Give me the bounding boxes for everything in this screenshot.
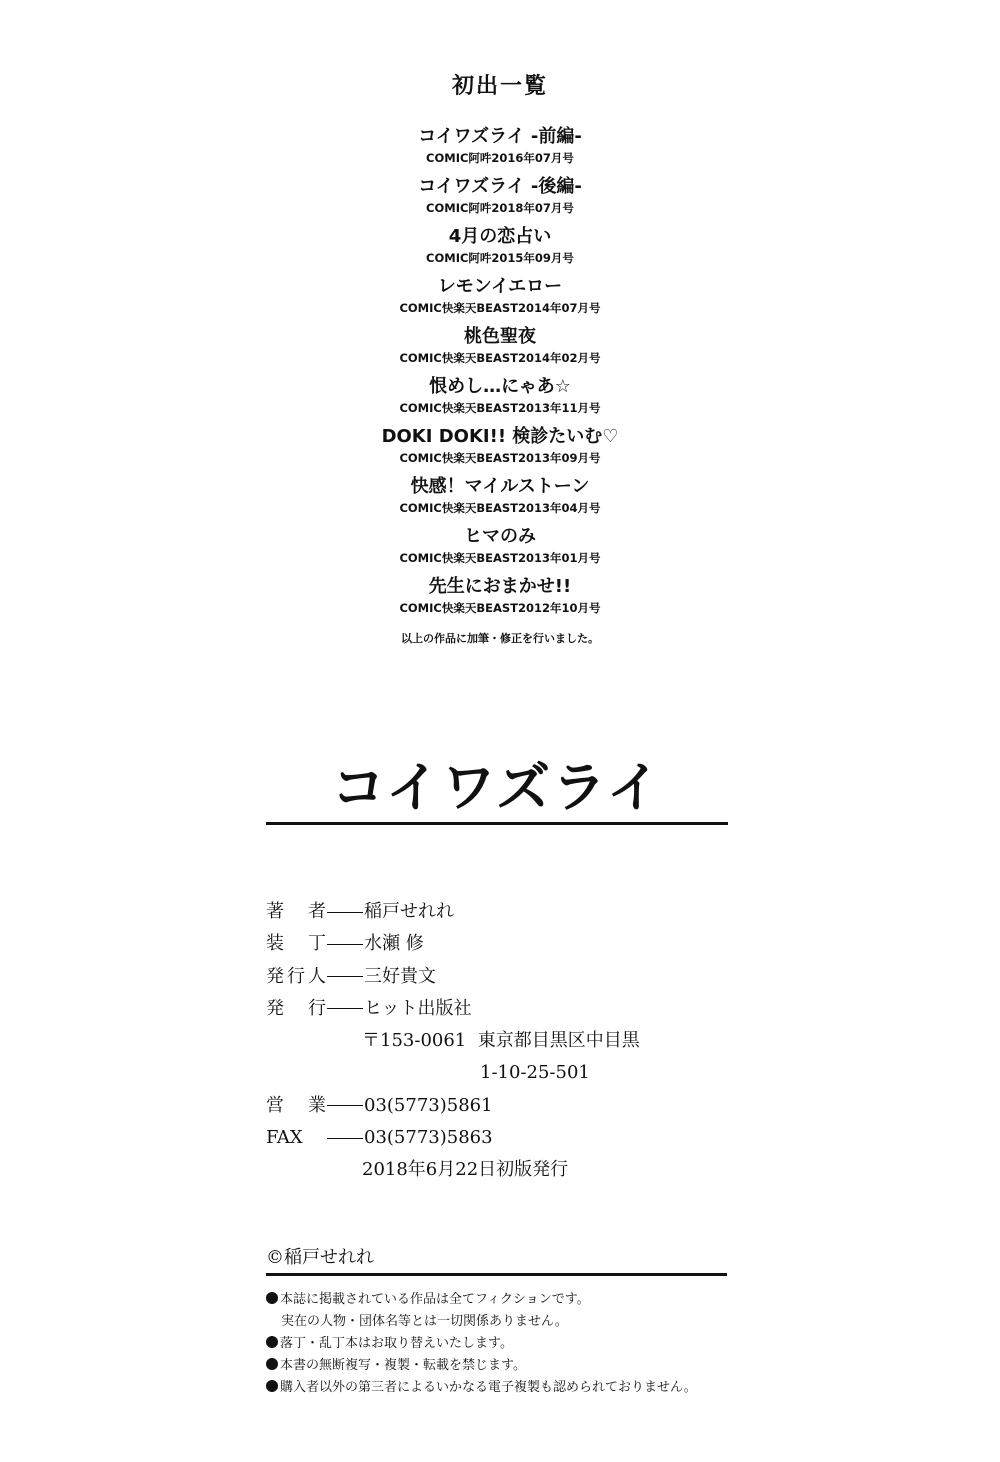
notice-text: 本誌に掲載されている作品は全てフィクションです。 (280, 1292, 590, 1307)
entry-source: COMIC快楽天BEAST2013年11月号 (0, 400, 1000, 416)
list-item: 桃色聖夜 COMIC快楽天BEAST2014年02月号 (0, 324, 1000, 374)
entry-source: COMIC阿吽2015年09月号 (0, 250, 1000, 266)
address-line-2: 1-10-25-501 (266, 1057, 736, 1089)
dash-separator (327, 944, 363, 945)
author-label: 著者 (266, 896, 326, 928)
entry-source: COMIC快楽天BEAST2013年01月号 (0, 550, 1000, 566)
first-appearance-heading: 初出一覧 (0, 70, 1000, 104)
title-divider (266, 822, 728, 825)
notice-item-continued: 実在の人物・団体名等とは一切関係ありません。 (266, 1311, 697, 1333)
entry-title: コイワズライ -前編- (0, 124, 1000, 150)
publisher-value: ヒット出版社 (364, 998, 471, 1019)
revision-note: 以上の作品に加筆・修正を行いました。 (0, 630, 1000, 646)
entry-title: 恨めし…にゃあ☆ (0, 374, 1000, 400)
issuer-value: 三好貴文 (364, 966, 436, 987)
colophon-page: 初出一覧 コイワズライ -前編- COMIC阿吽2016年07月号 コイワズライ… (0, 0, 1000, 1462)
list-item: コイワズライ -前編- COMIC阿吽2016年07月号 (0, 124, 1000, 174)
issuer-row: 発行人三好貴文 (266, 961, 736, 993)
notice-item: 購入者以外の第三者によるいかなる電子複製も認められておりません。 (266, 1377, 697, 1399)
book-title: コイワズライ (266, 755, 728, 821)
dash-separator (327, 1105, 363, 1106)
fax-label: FAX (266, 1122, 326, 1154)
entry-source: COMIC快楽天BEAST2014年07月号 (0, 300, 1000, 316)
list-item: 快感！マイルストーン COMIC快楽天BEAST2013年04月号 (0, 474, 1000, 524)
author-row: 著者稲戸せれれ (266, 896, 736, 928)
entry-title: 桃色聖夜 (0, 324, 1000, 350)
design-label: 装丁 (266, 928, 326, 960)
bullet-icon (266, 1336, 278, 1348)
author-value: 稲戸せれれ (364, 901, 454, 922)
entry-title: ヒマのみ (0, 524, 1000, 550)
colophon-details: 著者稲戸せれれ 装丁水瀬 修 発行人三好貴文 発行ヒット出版社 〒153-006… (266, 896, 736, 1187)
entry-source: COMIC快楽天BEAST2013年09月号 (0, 450, 1000, 466)
dash-separator (327, 976, 363, 977)
dash-separator (327, 912, 363, 913)
notice-item: 本誌に掲載されている作品は全てフィクションです。 (266, 1289, 697, 1311)
sales-phone: 03(5773)5861 (364, 1095, 493, 1116)
list-item: 恨めし…にゃあ☆ COMIC快楽天BEAST2013年11月号 (0, 374, 1000, 424)
entry-title: 4月の恋占い (0, 224, 1000, 250)
entry-source: COMIC阿吽2016年07月号 (0, 150, 1000, 166)
design-value: 水瀬 修 (364, 933, 424, 954)
entry-title: DOKI DOKI!! 検診たいむ♡ (0, 424, 1000, 450)
list-item: 4月の恋占い COMIC阿吽2015年09月号 (0, 224, 1000, 274)
entry-title: レモンイエロー (0, 274, 1000, 300)
entry-title: 先生におまかせ!! (0, 574, 1000, 600)
notice-text: 購入者以外の第三者によるいかなる電子複製も認められておりません。 (280, 1380, 697, 1395)
entry-source: COMIC阿吽2018年07月号 (0, 200, 1000, 216)
notice-text: 本書の無断複写・複製・転載を禁じます。 (280, 1358, 526, 1373)
entry-title: コイワズライ -後編- (0, 174, 1000, 200)
entry-source: COMIC快楽天BEAST2014年02月号 (0, 350, 1000, 366)
fax-row: FAX03(5773)5863 (266, 1122, 736, 1154)
address-line-1: 〒153-0061 東京都目黒区中目黒 (266, 1025, 736, 1057)
first-appearance-list: 初出一覧 コイワズライ -前編- COMIC阿吽2016年07月号 コイワズライ… (0, 70, 1000, 646)
design-row: 装丁水瀬 修 (266, 928, 736, 960)
list-item: コイワズライ -後編- COMIC阿吽2018年07月号 (0, 174, 1000, 224)
notice-text: 実在の人物・団体名等とは一切関係ありません。 (281, 1314, 568, 1329)
list-item: ヒマのみ COMIC快楽天BEAST2013年01月号 (0, 524, 1000, 574)
publisher-row: 発行ヒット出版社 (266, 993, 736, 1025)
sales-label: 営業 (266, 1090, 326, 1122)
publisher-label: 発行 (266, 993, 326, 1025)
notice-item: 落丁・乱丁本はお取り替えいたします。 (266, 1333, 697, 1355)
bullet-icon (266, 1358, 278, 1370)
list-item: DOKI DOKI!! 検診たいむ♡ COMIC快楽天BEAST2013年09月… (0, 424, 1000, 474)
sales-row: 営業03(5773)5861 (266, 1090, 736, 1122)
list-item: 先生におまかせ!! COMIC快楽天BEAST2012年10月号 (0, 574, 1000, 624)
copyright-divider (266, 1273, 727, 1276)
issuer-label: 発行人 (266, 961, 326, 993)
entry-source: COMIC快楽天BEAST2012年10月号 (0, 600, 1000, 616)
list-item: レモンイエロー COMIC快楽天BEAST2014年07月号 (0, 274, 1000, 324)
dash-separator (327, 1008, 363, 1009)
bullet-icon (266, 1380, 278, 1392)
legal-notices: 本誌に掲載されている作品は全てフィクションです。 実在の人物・団体名等とは一切関… (266, 1289, 697, 1399)
entry-title: 快感！マイルストーン (0, 474, 1000, 500)
copyright-notice: ©稲戸せれれ (266, 1245, 374, 1271)
notice-text: 落丁・乱丁本はお取り替えいたします。 (280, 1336, 513, 1351)
fax-number: 03(5773)5863 (364, 1127, 493, 1148)
entry-source: COMIC快楽天BEAST2013年04月号 (0, 500, 1000, 516)
notice-item: 本書の無断複写・複製・転載を禁じます。 (266, 1355, 697, 1377)
bullet-icon (266, 1292, 278, 1304)
publication-date: 2018年6月22日初版発行 (266, 1154, 736, 1186)
dash-separator (327, 1138, 363, 1139)
